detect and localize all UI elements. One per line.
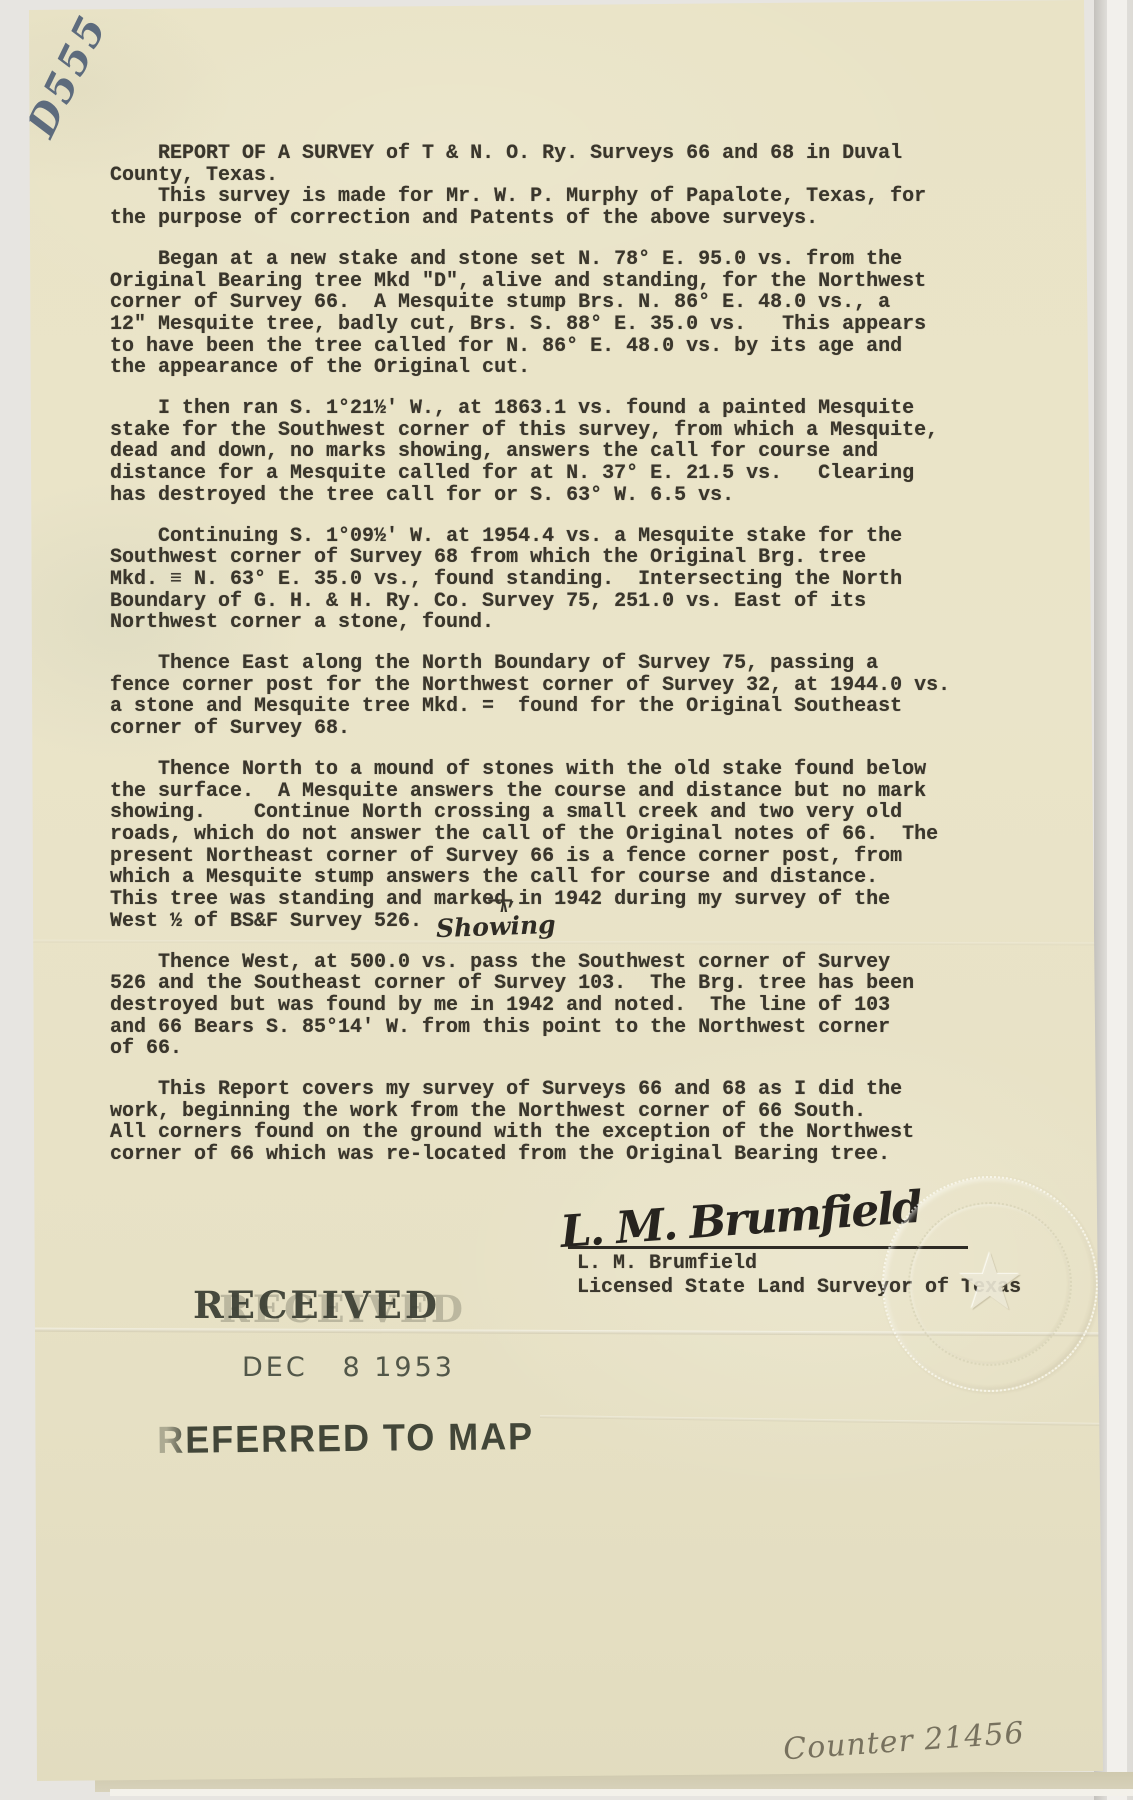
report-paragraph-continuing: Continuing S. 1°09½' W. at 1954.4 vs. a … [110, 526, 980, 635]
report-paragraph-closing: This Report covers my survey of Surveys … [110, 1079, 980, 1166]
received-stamp: RECEIVED [193, 1283, 440, 1327]
underlying-sheet-highlight [110, 1789, 1133, 1796]
counter-number-handwritten: Counter 21456 [782, 1716, 1026, 1768]
report-paragraph-thence-east: Thence East along the North Boundary of … [110, 653, 980, 740]
insertion-word-handwritten: Showing [436, 910, 557, 943]
report-paragraph-title: REPORT OF A SURVEY of T & N. O. Ry. Surv… [110, 143, 980, 230]
report-paragraph-then-ran: I then ran S. 1°21½' W., at 1863.1 vs. f… [110, 398, 980, 507]
scanned-survey-report: D555 REPORT OF A SURVEY of T & N. O. Ry.… [0, 0, 1133, 1800]
fold-crease-lower [540, 1415, 1105, 1426]
archive-number-handwritten: D555 [17, 7, 116, 144]
date-stamp: DEC 8 1953 [242, 1352, 455, 1383]
scan-right-edge-highlight [1107, 0, 1127, 1800]
document-page: D555 REPORT OF A SURVEY of T & N. O. Ry.… [0, 0, 1133, 1800]
embossed-seal-icon: ★ [882, 1176, 1098, 1392]
signature-typed-name: L. M. Brumfield [577, 1252, 757, 1275]
report-paragraph-thence-west: Thence West, at 500.0 vs. pass the South… [110, 952, 980, 1061]
referred-to-map-stamp: REFERRED TO MAP [157, 1416, 534, 1463]
report-paragraph-began: Began at a new stake and stone set N. 78… [110, 249, 980, 379]
report-paragraph-thence-north: Thence North to a mound of stones with t… [110, 759, 980, 933]
seal-star-icon: ★ [884, 1212, 1096, 1352]
report-body: REPORT OF A SURVEY of T & N. O. Ry. Surv… [110, 143, 980, 1185]
